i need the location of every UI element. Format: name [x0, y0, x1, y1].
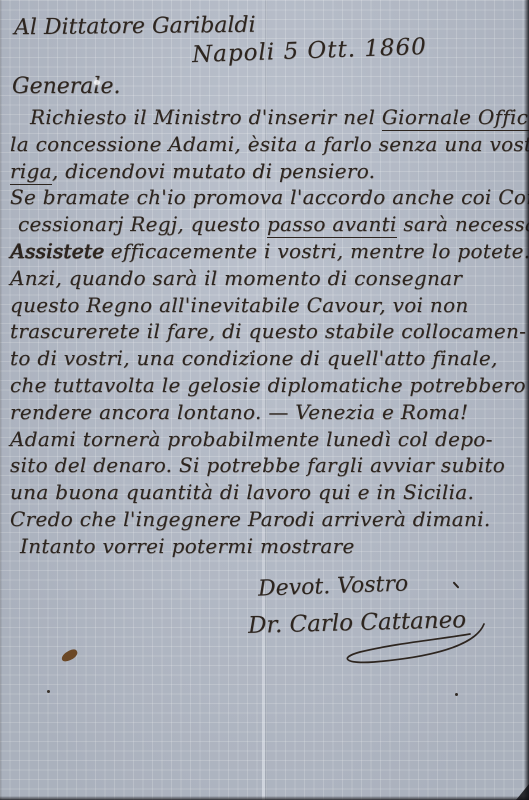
underlined-text: Giornale Offic. — [382, 105, 529, 131]
photo-edge-corner — [516, 784, 529, 800]
letter-line: questo Regno all'inevitabile Cavour, voi… — [10, 292, 529, 319]
photo-edge-left — [0, 0, 2, 800]
signature-flourish — [322, 616, 502, 671]
letter-body: Richiesto il Ministro d'inserir nel Gior… — [10, 104, 529, 560]
letter-line: sito del denaro. Si potrebbe fargli avvi… — [10, 452, 529, 479]
letter-line: Assistete efficacemente i vostri, mentre… — [10, 238, 529, 265]
valediction: Devot. Vostro — [258, 571, 409, 601]
letter-line: Anzi, quando sarà il momento di consegna… — [10, 265, 529, 292]
letter-line: la concessione Adami, èsita a farlo senz… — [10, 131, 529, 158]
letter-line: Richiesto il Ministro d'inserir nel Gior… — [30, 104, 529, 131]
underlined-text: riga — [10, 159, 52, 185]
photo-edge-bottom — [0, 796, 529, 800]
ink-speck — [455, 693, 458, 696]
letter-line: rendere ancora lontano. — Venezia e Roma… — [10, 399, 529, 426]
ink-blot — [60, 648, 79, 664]
letter-line: Adami tornerà probabilmente lunedì col d… — [10, 426, 529, 453]
ink-speck — [250, 352, 252, 354]
letter-line: che tuttavolta le gelosie diplomatiche p… — [10, 372, 529, 399]
letter-line: Credo che l'ingegnere Parodi arriverà di… — [10, 506, 529, 533]
letter-line: Intanto vorrei potermi mostrare — [20, 533, 529, 560]
dateline: Napoli 5 Ott. 1860 — [192, 34, 428, 68]
letter-line: riga, dicendovi mutato di pensiero. — [10, 158, 529, 185]
photo-edge-right — [524, 0, 529, 800]
letter-line: to di vostri, una condizione di quell'at… — [10, 345, 529, 372]
stray-ink-tick — [453, 581, 460, 588]
salutation: Generale. — [12, 74, 120, 99]
underlined-text: passo avanti — [267, 212, 397, 238]
letter-line: trascurerete il fare, di questo stabile … — [10, 318, 529, 345]
letter-line: Se bramate ch'io promova l'accordo anche… — [10, 184, 529, 211]
recipient-line: Al Dittatore Garibaldi — [14, 13, 256, 41]
letter-line: una buona quantità di lavoro qui e in Si… — [10, 479, 529, 506]
paper-glare-spot — [94, 80, 100, 85]
squared-paper-background: Al Dittatore Garibaldi Napoli 5 Ott. 186… — [0, 0, 529, 800]
ink-speck — [47, 690, 50, 693]
letter-line: cessionarj Regj, questo passo avanti sar… — [18, 211, 529, 238]
overwritten-word: Assistete — [10, 239, 104, 264]
